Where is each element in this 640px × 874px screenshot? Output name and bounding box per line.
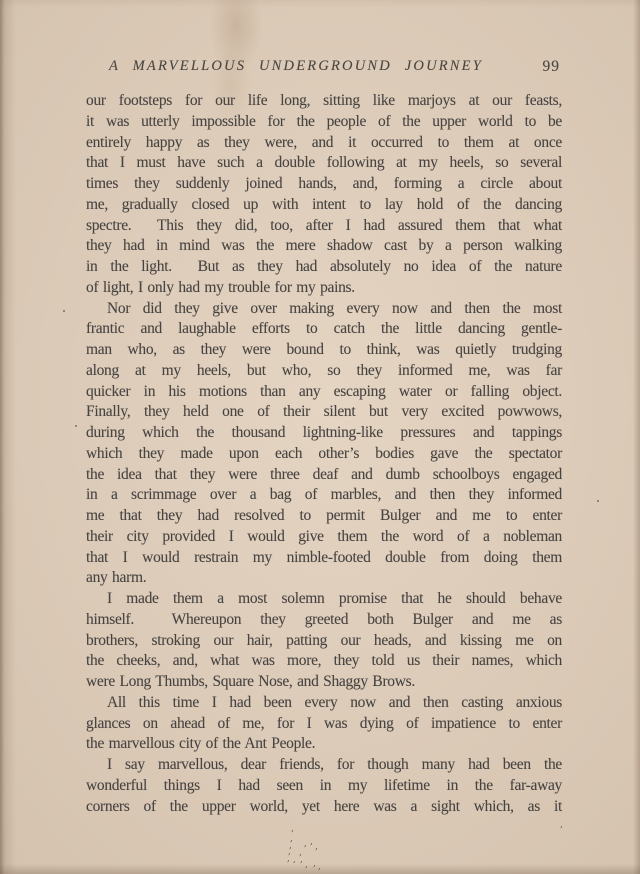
- text-line: I made them a most solemn promise that h…: [86, 589, 562, 610]
- text-line: himself. Whereupon they greeted both Bul…: [86, 610, 562, 631]
- ink-speck: ,: [318, 865, 321, 869]
- text-line: which they made upon each other’s bodies…: [86, 444, 562, 465]
- text-line: entirely happy as they were, and it occu…: [86, 133, 562, 154]
- ink-speck: ,: [305, 863, 308, 867]
- page-number: 99: [543, 58, 561, 76]
- ink-speck: ,: [300, 858, 303, 862]
- ink-speck: ,: [315, 845, 318, 849]
- text-line: me, gradually closed up with intent to l…: [86, 195, 562, 216]
- text-line: that I must have such a double following…: [86, 153, 562, 174]
- ink-speck: ,: [299, 851, 302, 855]
- text-line: spectre. This they did, too, after I had…: [86, 216, 562, 237]
- ink-dot: [75, 425, 77, 427]
- text-line: our footsteps for our life long, sitting…: [86, 91, 562, 112]
- text-line: during which the thousand lightning-like…: [86, 423, 562, 444]
- text-line: times they suddenly joined hands, and, f…: [86, 174, 562, 195]
- text-line: the marvellous city of the Ant People.: [86, 734, 562, 755]
- text-line: All this time I had been every now and t…: [86, 693, 562, 714]
- ink-dot: [63, 310, 65, 312]
- running-head: A MARVELLOUS UNDERGROUND JOURNEY 99: [86, 58, 562, 80]
- ink-speck: ,: [289, 844, 292, 848]
- text-line: me that they had resolved to permit Bulg…: [86, 506, 562, 527]
- text-line: that I would restrain my nimble-footed d…: [86, 548, 562, 569]
- ink-speck: ,: [287, 857, 290, 861]
- text-line: the idea that they were three deaf and d…: [86, 465, 562, 486]
- page-body: our footsteps for our life long, sitting…: [86, 91, 562, 817]
- text-line: any harm.: [86, 568, 562, 589]
- text-line: of light, I only had my trouble for my p…: [86, 278, 562, 299]
- running-head-title: A MARVELLOUS UNDERGROUND JOURNEY: [86, 58, 562, 75]
- text-line: glances on ahead of me, for I was dying …: [86, 714, 562, 735]
- text-line: Finally, they held one of their silent b…: [86, 402, 562, 423]
- text-line: their city provided I would give them th…: [86, 527, 562, 548]
- text-line: frantic and laughable efforts to catch t…: [86, 319, 562, 340]
- ink-speck: ,: [288, 850, 291, 854]
- text-line: along at my heels, but who, so they info…: [86, 361, 562, 382]
- text-line: quicker in his motions than any escaping…: [86, 382, 562, 403]
- text-line: brothers, stroking our hair, patting our…: [86, 631, 562, 652]
- ink-speck: ,: [310, 840, 313, 844]
- ink-speck: ,: [293, 858, 296, 862]
- scanned-book-page: A MARVELLOUS UNDERGROUND JOURNEY 99 our …: [0, 0, 640, 874]
- text-line: corners of the upper world, yet here was…: [86, 797, 562, 818]
- ink-speck: ,: [304, 842, 307, 846]
- text-line: it was utterly impossible for the people…: [86, 112, 562, 133]
- text-line: man who, as they were bound to think, wa…: [86, 340, 562, 361]
- text-line: in the light. But as they had absolutely…: [86, 257, 562, 278]
- ink-speck: ,: [313, 862, 316, 866]
- text-line: were Long Thumbs, Square Nose, and Shagg…: [86, 672, 562, 693]
- ink-speck: ,: [291, 827, 294, 831]
- text-line: in a scrimmage over a bag of marbles, an…: [86, 485, 562, 506]
- text-line: the cheeks, and, what was more, they tol…: [86, 651, 562, 672]
- ink-speck: ,: [290, 837, 293, 841]
- text-line: wonderful things I had seen in my lifeti…: [86, 776, 562, 797]
- ink-speck: ,: [560, 823, 563, 827]
- text-line: Nor did they give over making every now …: [86, 299, 562, 320]
- text-line: I say marvellous, dear friends, for thou…: [86, 755, 562, 776]
- text-line: they had in mind was the mere shadow cas…: [86, 236, 562, 257]
- ink-dot: [597, 500, 599, 502]
